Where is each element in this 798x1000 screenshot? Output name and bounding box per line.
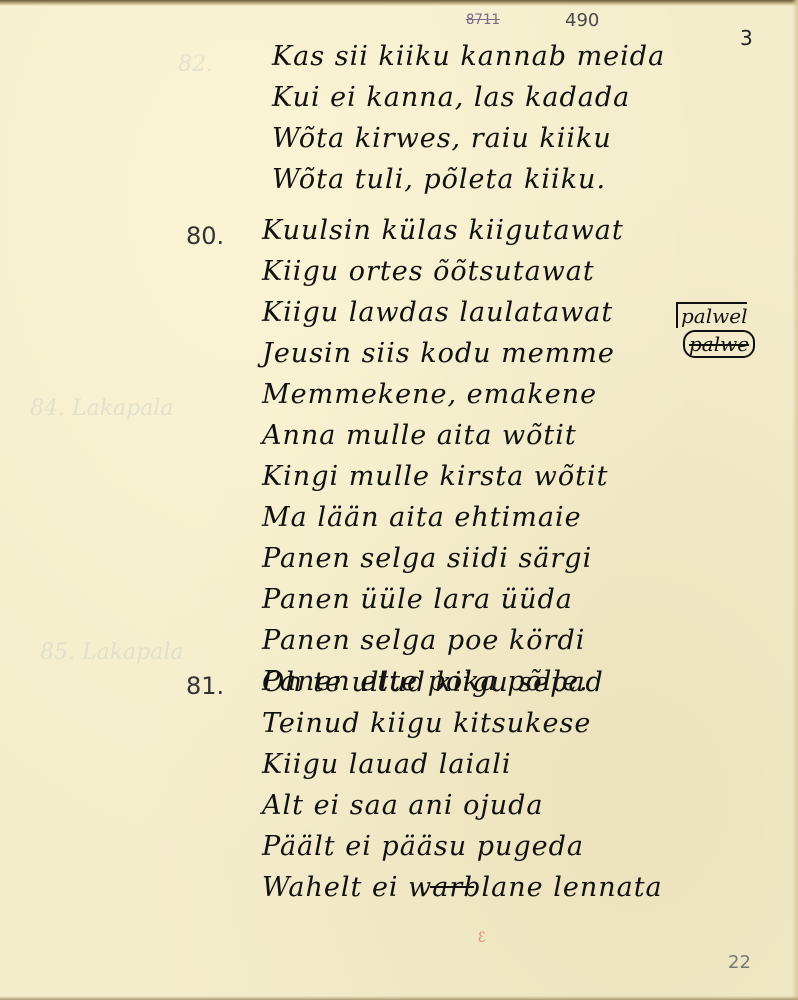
verse-line: Kui ei kanna, las kadada xyxy=(272,77,665,118)
red-pencil-mark: ꜫ xyxy=(478,930,486,946)
verse-line: Teinud kiigu kitsukese xyxy=(262,703,663,744)
verse-line: Wõta kirwes, raiu kiiku xyxy=(272,118,665,159)
song-81: Oh te ullud kiigu sepad Teinud kiigu kit… xyxy=(262,662,663,908)
verse-line: Jeusin siis kodu memme xyxy=(262,333,624,374)
verse-line: Anna mulle aita wõtit xyxy=(262,415,624,456)
verse-line: Kiigu lauad laiali xyxy=(262,744,663,785)
page-number: 3 xyxy=(740,26,753,50)
page-bottom-edge xyxy=(0,996,798,1000)
manuscript-page: 82. 84. Lakapala 85. Lakapala 8711 490 3… xyxy=(0,0,798,1000)
song-80: Kuulsin külas kiigutawat Kiigu ortes õõt… xyxy=(262,210,624,702)
verse-line: Kiigu ortes õõtsutawat xyxy=(262,251,624,292)
song-number: 81. xyxy=(186,672,224,700)
verse-line: Panen selga siidi särgi xyxy=(262,538,624,579)
song-continued: Kas sii kiiku kannab meida Kui ei kanna,… xyxy=(272,36,665,200)
verse-line: Panen selga poe kördi xyxy=(262,620,624,661)
verse-line: Ma lään aita ehtimaie xyxy=(262,497,624,538)
verse-line: Wõta tuli, põleta kiiku. xyxy=(272,159,665,200)
archive-number: 490 xyxy=(565,10,599,31)
verse-line: Alt ei saa ani ojuda xyxy=(262,785,663,826)
bleed-through-text: 85. Lakapala xyxy=(40,640,184,665)
verse-line: Kingi mulle kirsta wõtit xyxy=(262,456,624,497)
margin-insertion: palwel xyxy=(676,302,747,328)
page-right-edge xyxy=(792,0,798,1000)
verse-line: Kuulsin külas kiigutawat xyxy=(262,210,624,251)
verse-line: Päält ei pääsu pugeda xyxy=(262,826,663,867)
folio-number: 22 xyxy=(728,952,751,973)
archive-number-old: 8711 xyxy=(466,12,500,28)
page-top-edge xyxy=(0,0,798,6)
verse-line: Panen üüle lara üüda xyxy=(262,579,624,620)
end-rule xyxy=(430,886,474,888)
bleed-through-text: 84. Lakapala xyxy=(30,396,174,421)
verse-line: Kas sii kiiku kannab meida xyxy=(272,36,665,77)
margin-deletion: palwe xyxy=(683,330,755,358)
bleed-through-text: 82. xyxy=(178,52,213,77)
verse-line: Memmekene, emakene xyxy=(262,374,624,415)
verse-line: Kiigu lawdas laulatawat xyxy=(262,292,624,333)
song-number: 80. xyxy=(186,222,224,250)
verse-line: Oh te ullud kiigu sepad xyxy=(262,662,663,703)
